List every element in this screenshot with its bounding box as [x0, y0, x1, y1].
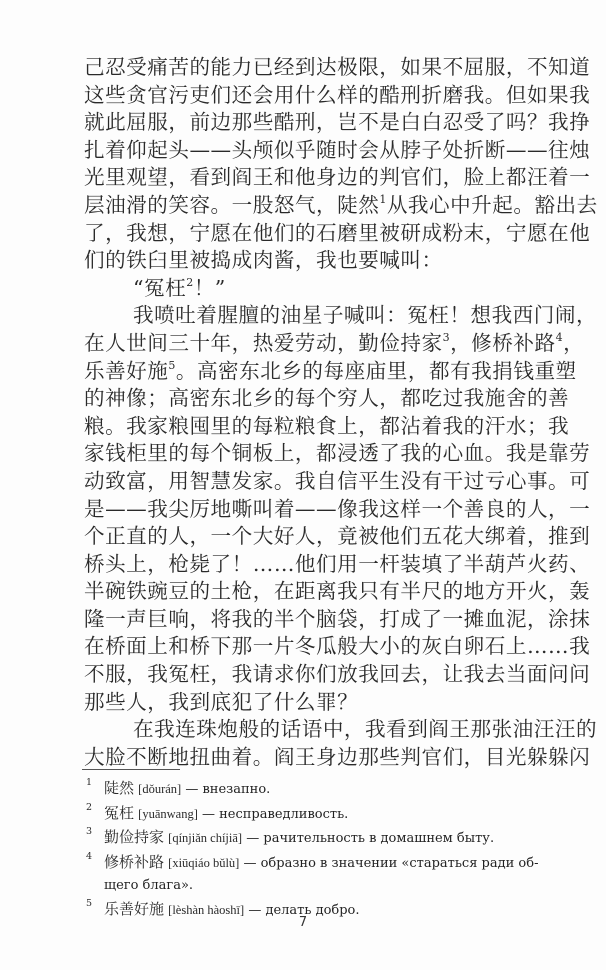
- text-line: 家钱柜里的每个铜板上，都浸透了我的心血。我是靠劳: [84, 440, 530, 468]
- text-line: 层油滑的笑容。一股怒气，陡然1从我心中升起。豁出去: [84, 192, 530, 220]
- book-page: 己忍受痛苦的能力已经到达极限，如果不屈服，不知道 这些贪官污吏们还会用什么样的酷…: [0, 0, 606, 970]
- text-segment: ！”: [194, 276, 226, 300]
- text-line: 半碗铁豌豆的土枪，在距离我只有半尺的地方开火，轰: [84, 578, 530, 606]
- footnote-ref-5[interactable]: 5: [168, 359, 176, 372]
- text-line: 粮。我家粮囤里的每粒粮食上，都沾着我的汗水；我: [84, 413, 530, 441]
- footnote-ref-3[interactable]: 3: [443, 331, 451, 344]
- text-line: 我喷吐着腥膻的油星子喊叫：冤枉！想我西门闹，: [84, 302, 530, 330]
- footnote-number: 5: [86, 893, 92, 916]
- footnote-3: 3 勤俭持家 [qínjiǎn chíjiā] — рачительность …: [84, 826, 544, 851]
- text-line: 桥头上，枪毙了！……他们用一杆装填了半葫芦火药、: [84, 551, 530, 579]
- footnotes: 1 陡然 [dǒurán] — внезапно. 2 冤枉 [yuānwang…: [84, 777, 544, 922]
- footnote-ref-1[interactable]: 1: [379, 193, 387, 206]
- text-segment: ，: [563, 331, 584, 355]
- text-line: 大脸不断地扭曲着。阎王身边那些判官们，目光躲躲闪: [84, 744, 530, 772]
- footnote-divider: [82, 769, 180, 770]
- text-segment: ，修桥补路: [450, 331, 555, 355]
- text-line: 不服，我冤枉，我请求你们放我回去，让我去当面问问: [84, 661, 530, 689]
- text-line: 在桥面上和桥下那一片冬瓜般大小的灰白卵石上……我: [84, 633, 530, 661]
- text-line: 们的铁臼里被捣成肉酱，我也要喊叫：: [84, 247, 530, 275]
- footnote-ref-2[interactable]: 2: [186, 276, 194, 289]
- page-number: 7: [0, 915, 606, 930]
- footnote-ref-4[interactable]: 4: [556, 331, 564, 344]
- footnote-pinyin: [qínjiǎn chíjiā]: [168, 831, 242, 845]
- text-line: 了，我想，宁愿在他们的石磨里被研成粉末，宁愿在他: [84, 220, 530, 248]
- text-segment: 从我心中升起。豁出去: [387, 193, 598, 217]
- text-line: 光里观望，看到阎王和他身边的判官们，脸上都汪着一: [84, 164, 530, 192]
- footnote-definition: — внезапно.: [185, 782, 270, 797]
- footnote-pinyin: [dǒurán]: [138, 782, 181, 796]
- text-line: 个正直的人，一个大好人，竟被他们五花大绑着，推到: [84, 523, 530, 551]
- text-segment: 。高密东北乡的每座庙里，都有我捐钱重塑: [176, 359, 577, 383]
- footnote-number: 4: [86, 846, 92, 869]
- text-line: 在我连珠炮般的话语中，我看到阎王那张油汪汪的: [84, 716, 530, 744]
- text-line: 的神像；高密东北乡的每个穷人，都吃过我施舍的善: [84, 385, 530, 413]
- footnote-term: 陡然: [104, 779, 134, 797]
- footnote-definition-continued: щего блага».: [104, 878, 193, 893]
- footnote-number: 1: [86, 772, 92, 795]
- footnote-pinyin: [yuānwang]: [138, 807, 198, 821]
- footnote-term: 修桥补路: [104, 853, 164, 871]
- text-line: 乐善好施5。高密东北乡的每座庙里，都有我捐钱重塑: [84, 358, 530, 386]
- text-line: 在人世间三十年，热爱劳动，勤俭持家3，修桥补路4，: [84, 330, 530, 358]
- footnote-number: 3: [86, 821, 92, 844]
- text-line: 是——我尖厉地嘶叫着——像我这样一个善良的人，一: [84, 496, 530, 524]
- text-line: 己忍受痛苦的能力已经到达极限，如果不屈服，不知道: [84, 54, 530, 82]
- footnote-1: 1 陡然 [dǒurán] — внезапно.: [84, 777, 544, 802]
- text-segment: “冤枉: [133, 276, 186, 300]
- footnote-pinyin: [xiūqiáo bǔlù]: [168, 856, 239, 870]
- text-line: 隆一声巨响，将我的半个脑袋，打成了一摊血泥，涂抹: [84, 606, 530, 634]
- footnote-4: 4 修桥补路 [xiūqiáo bǔlù] — образно в значен…: [84, 851, 544, 898]
- text-line: “冤枉2！”: [84, 275, 530, 303]
- footnote-term: 冤枉: [104, 804, 134, 822]
- footnote-number: 2: [86, 797, 92, 820]
- text-line: 就此屈服，前边那些酷刑，岂不是白白忍受了吗？我挣: [84, 109, 530, 137]
- text-line: 那些人，我到底犯了什么罪？: [84, 689, 530, 717]
- text-segment: 在人世间三十年，热爱劳动，勤俭持家: [84, 331, 443, 355]
- footnote-definition: — несправедливость.: [202, 807, 348, 822]
- footnote-2: 2 冤枉 [yuānwang] — несправедливость.: [84, 802, 544, 827]
- text-segment: 层油滑的笑容。一股怒气，陡然: [84, 193, 379, 217]
- footnote-definition: — рачительность в домашнем быту.: [246, 831, 494, 846]
- text-line: 这些贪官污吏们还会用什么样的酷刑折磨我。但如果我: [84, 82, 530, 110]
- main-text: 己忍受痛苦的能力已经到达极限，如果不屈服，不知道 这些贪官污吏们还会用什么样的酷…: [84, 54, 530, 771]
- footnote-definition: — образно в значении «стараться ради об-: [243, 856, 538, 871]
- text-segment: 乐善好施: [84, 359, 168, 383]
- text-line: 动致富，用智慧发家。我自信平生没有干过亏心事。可: [84, 468, 530, 496]
- footnote-term: 勤俭持家: [104, 828, 164, 846]
- text-line: 扎着仰起头——头颅似乎随时会从脖子处折断——往烛: [84, 137, 530, 165]
